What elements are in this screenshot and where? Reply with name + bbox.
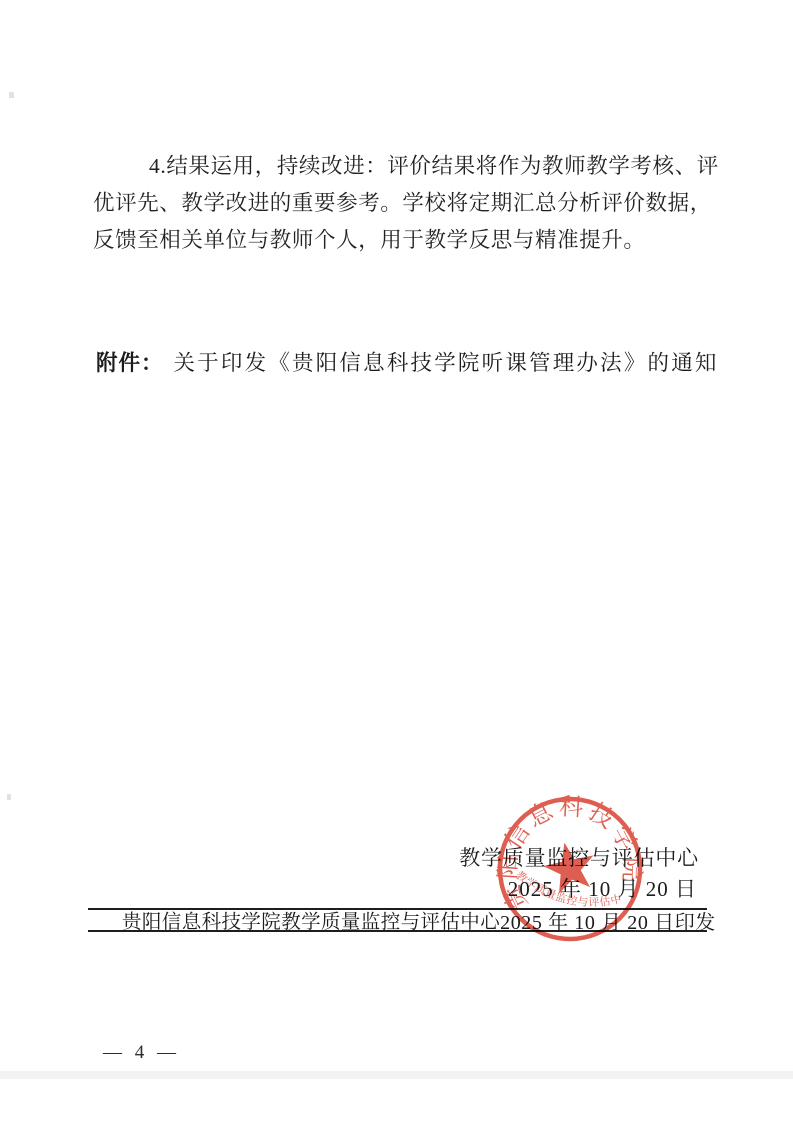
attachment-label: 附件： — [96, 351, 164, 375]
body-line: 优评先、教学改进的重要参考。学校将定期汇总分析评价数据， — [93, 185, 709, 222]
body-paragraph: 4.结果运用，持续改进：评价结果将作为教师教学考核、评 优评先、教学改进的重要参… — [93, 148, 709, 259]
page-number: — 4 — — [103, 1042, 180, 1064]
signature-department: 教学质量监控与评估中心 — [459, 842, 699, 872]
signature-date: 2025 年 10 月 20 日 — [508, 873, 697, 903]
attachment-line: 附件：关于印发《贵阳信息科技学院听课管理办法》的通知 — [96, 346, 736, 377]
footer-colophon: 贵阳信息科技学院教学质量监控与评估中心 2025 年 10 月 20 日印发 — [88, 908, 707, 932]
body-line: 反馈至相关单位与教师个人，用于教学反思与精准提升。 — [93, 222, 709, 259]
document-page: 4.结果运用，持续改进：评价结果将作为教师教学考核、评 优评先、教学改进的重要参… — [0, 0, 793, 1122]
footer-issuer: 贵阳信息科技学院教学质量监控与评估中心 — [122, 906, 500, 934]
scan-speck — [7, 794, 11, 800]
attachment-title: 关于印发《贵阳信息科技学院听课管理办法》的通知 — [174, 351, 719, 375]
body-line: 4.结果运用，持续改进：评价结果将作为教师教学考核、评 — [93, 148, 709, 185]
footer-print-date: 2025 年 10 月 20 日印发 — [500, 906, 716, 935]
scan-band — [0, 1071, 793, 1079]
scan-speck — [9, 92, 14, 98]
